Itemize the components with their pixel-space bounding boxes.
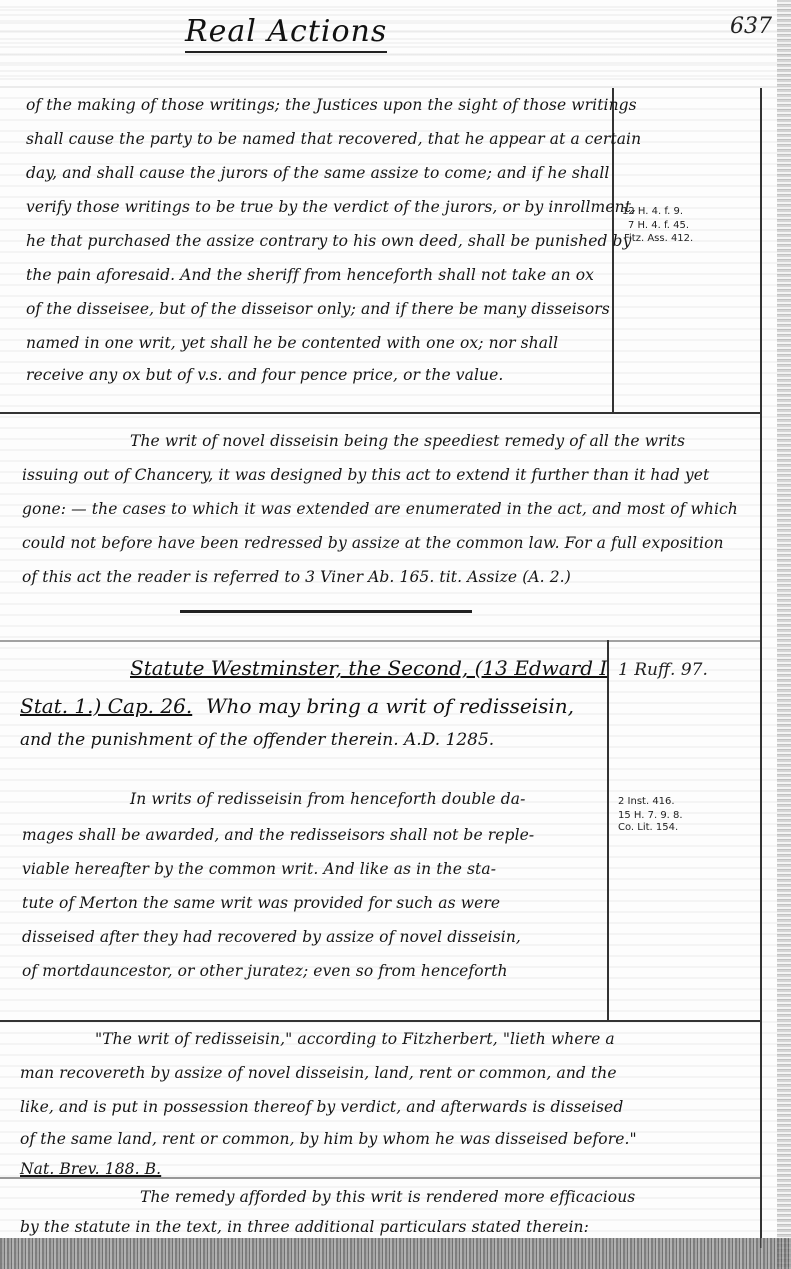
text-line: mages shall be awarded, and the redissei…: [22, 826, 534, 844]
statute-title-line-3: and the punishment of the offender there…: [20, 730, 494, 750]
text-line: The writ of novel disseisin being the sp…: [130, 432, 685, 450]
text-line: man recovereth by assize of novel dissei…: [20, 1064, 617, 1082]
scan-noise-top: [0, 0, 791, 90]
text-line: viable hereafter by the common writ. And…: [22, 860, 496, 878]
text-line: In writs of redisseisin from henceforth …: [130, 790, 525, 808]
margin-rule-lower: [607, 640, 609, 1020]
text-line: of the disseisee, but of the disseisor o…: [26, 300, 610, 318]
text-line: by the statute in the text, in three add…: [20, 1218, 589, 1236]
section-divider-1: [0, 412, 762, 414]
margin-citation: Fitz. Ass. 412.: [624, 233, 693, 244]
text-line: he that purchased the assize contrary to…: [26, 232, 631, 250]
margin-citation: Co. Lit. 154.: [618, 822, 678, 833]
text-line: of this act the reader is referred to 3 …: [22, 568, 571, 586]
text-line: of mortdauncestor, or other juratez; eve…: [22, 962, 508, 980]
text-line: shall cause the party to be named that r…: [26, 130, 641, 148]
text-line: the pain aforesaid. And the sheriff from…: [26, 266, 594, 284]
statute-citation: Stat. 1.) Cap. 26.: [20, 694, 192, 718]
margin-citation: 7 H. 4. f. 45.: [628, 220, 689, 231]
text-line: disseised after they had recovered by as…: [22, 928, 521, 946]
text-line: gone: — the cases to which it was extend…: [22, 500, 738, 518]
page-edge: [777, 0, 791, 1269]
scan-noise-bottom: [0, 1238, 791, 1269]
margin-citation: 12 H. 4. f. 9.: [622, 206, 683, 217]
page-heading: Real Actions: [185, 14, 387, 53]
text-line: verify those writings to be true by the …: [26, 198, 636, 216]
text-line: could not before have been redressed by …: [22, 534, 724, 552]
text-line: issuing out of Chancery, it was designed…: [22, 466, 709, 484]
manuscript-page: Real Actions 637 of the making of those …: [0, 0, 791, 1269]
text-line: named in one writ, yet shall he be conte…: [26, 334, 558, 352]
text-line: day, and shall cause the jurors of the s…: [26, 164, 609, 182]
text-line: of the same land, rent or common, by him…: [20, 1130, 637, 1148]
text-line: "The writ of redisseisin," according to …: [95, 1030, 615, 1048]
page-number: 637: [730, 14, 772, 39]
text-line: of the making of those writings; the Jus…: [26, 96, 637, 114]
outer-margin-rule: [760, 88, 762, 1248]
margin-citation-ruff: 1 Ruff. 97.: [618, 660, 708, 680]
margin-citation: 2 Inst. 416.: [618, 796, 675, 807]
statute-title-line-1: Statute Westminster, the Second, (13 Edw…: [130, 656, 607, 680]
text-line: tute of Merton the same writ was provide…: [22, 894, 500, 912]
text-line: receive any ox but of v.s. and four penc…: [26, 366, 503, 384]
section-divider-3: [0, 1020, 762, 1022]
statute-title-line-2: Who may bring a writ of redisseisin,: [206, 694, 574, 718]
separator-rule: [180, 610, 472, 613]
text-line: The remedy afforded by this writ is rend…: [140, 1188, 635, 1206]
citation-line: Nat. Brev. 188. B.: [20, 1160, 161, 1178]
section-divider-2: [0, 640, 762, 642]
margin-citation: 15 H. 7. 9. 8.: [618, 810, 683, 821]
text-line: like, and is put in possession thereof b…: [20, 1098, 623, 1116]
